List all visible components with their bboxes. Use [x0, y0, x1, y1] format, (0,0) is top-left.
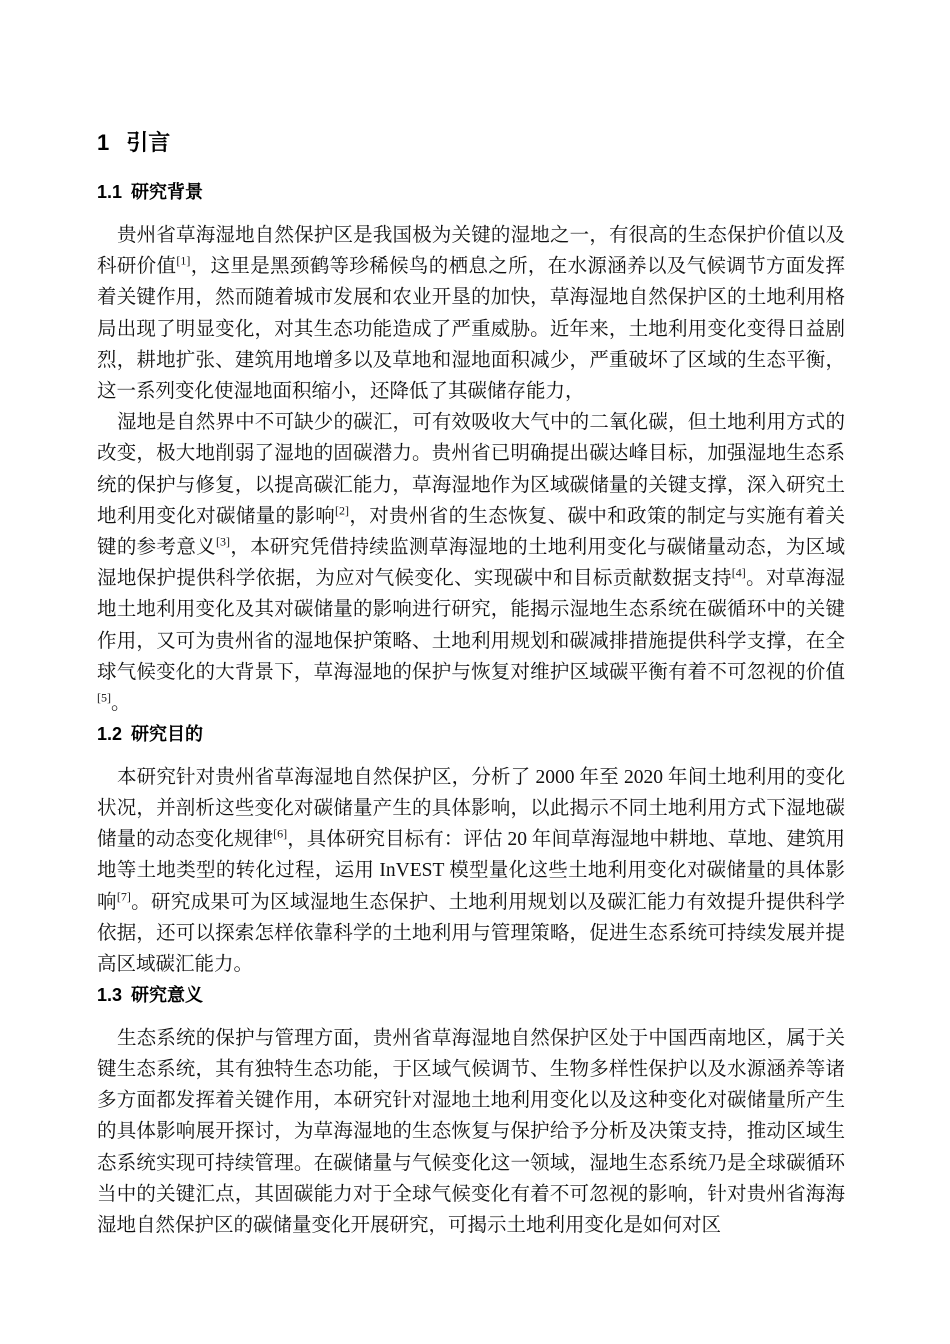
section-heading-1-3: 1.3研究意义 [97, 985, 845, 1007]
citation-marker: [4] [732, 566, 746, 580]
citation-marker: [3] [216, 535, 230, 549]
section-heading-1-1: 1.1研究背景 [97, 182, 845, 204]
paragraph: 生态系统的保护与管理方面，贵州省草海湿地自然保护区处于中国西南地区，属于关键生态… [97, 1023, 845, 1241]
section-research-significance: 1.3研究意义 生态系统的保护与管理方面，贵州省草海湿地自然保护区处于中国西南地… [97, 985, 845, 1241]
document-page: 1引言 1.1研究背景 贵州省草海湿地自然保护区是我国极为关键的湿地之一，有很高… [0, 0, 950, 1344]
section-title: 研究背景 [131, 182, 203, 202]
citation-marker: [1] [176, 254, 190, 268]
section-number: 1.2 [97, 724, 122, 744]
section-title: 研究意义 [131, 985, 203, 1005]
chapter-number: 1 [97, 130, 109, 155]
section-research-purpose: 1.2研究目的 本研究针对贵州省草海湿地自然保护区，分析了 2000 年至 20… [97, 724, 845, 980]
section-number: 1.1 [97, 182, 122, 202]
citation-marker: [5] [97, 691, 111, 705]
paragraph: 贵州省草海湿地自然保护区是我国极为关键的湿地之一，有很高的生态保护价值以及科研价… [97, 220, 845, 407]
citation-marker: [2] [335, 503, 349, 517]
chapter-title: 引言 [126, 130, 170, 155]
section-title: 研究目的 [131, 724, 203, 744]
section-research-background: 1.1研究背景 贵州省草海湿地自然保护区是我国极为关键的湿地之一，有很高的生态保… [97, 182, 845, 719]
section-heading-1-2: 1.2研究目的 [97, 724, 845, 746]
section-number: 1.3 [97, 985, 122, 1005]
citation-marker: [6] [273, 827, 287, 841]
paragraph: 湿地是自然界中不可缺少的碳汇，可有效吸收大气中的二氧化碳，但土地利用方式的改变，… [97, 407, 845, 719]
citation-marker: [7] [117, 889, 131, 903]
chapter-heading: 1引言 [97, 130, 845, 156]
paragraph: 本研究针对贵州省草海湿地自然保护区，分析了 2000 年至 2020 年间土地利… [97, 762, 845, 980]
